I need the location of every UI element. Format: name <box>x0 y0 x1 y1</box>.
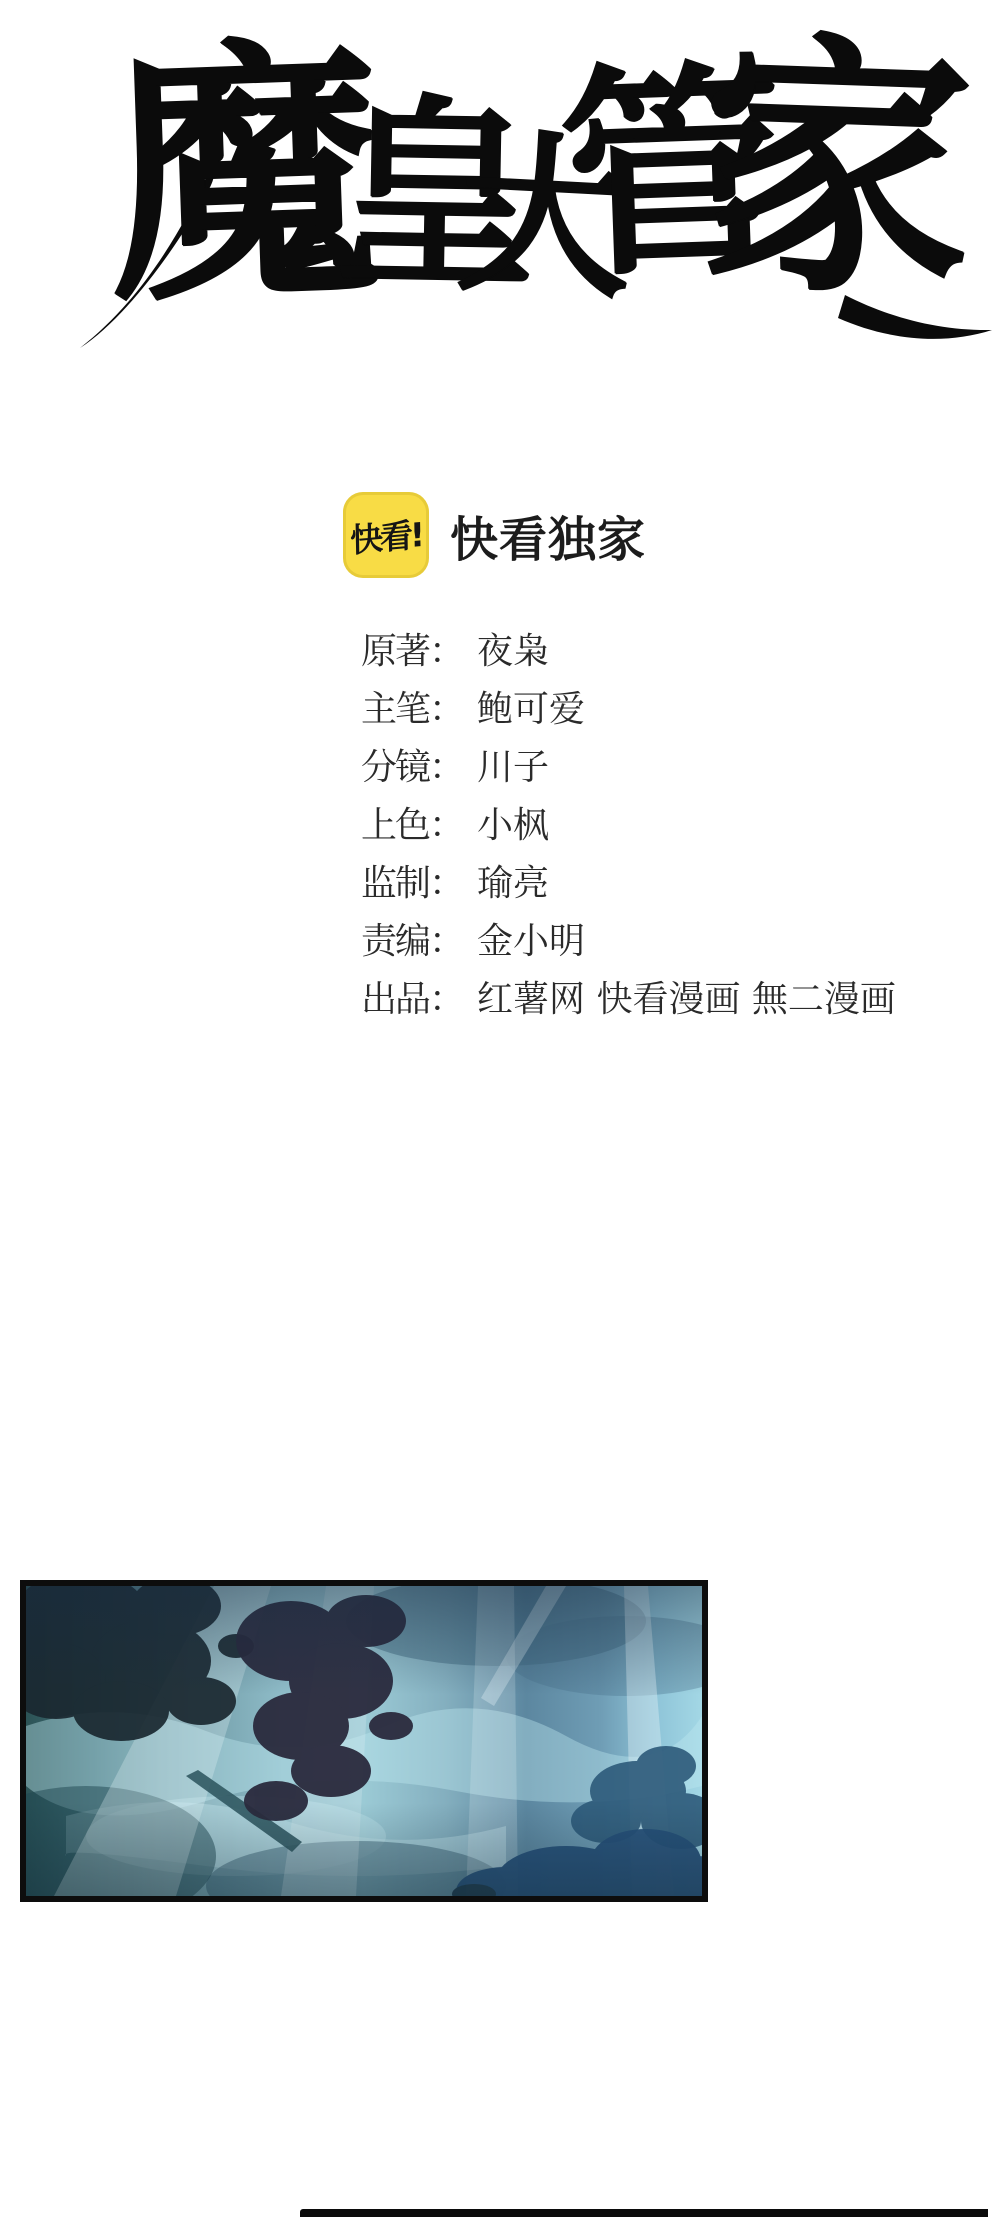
series-title: 魔 皇 大 管 家 <box>0 0 1000 400</box>
credit-row-coloring: 上色： 小枫 <box>361 793 896 851</box>
publisher-row: 快看! 快看独家 <box>343 492 646 578</box>
credit-row-supervisor: 监制： 瑜亮 <box>361 851 896 909</box>
credit-row-lead-artist: 主笔： 鲍可爱 <box>361 677 896 735</box>
kuaikan-logo-text: 快看! <box>350 508 423 561</box>
bottom-shade-overlay <box>26 1586 702 1896</box>
credit-value: 金小明 <box>477 913 585 964</box>
kuaikan-logo-badge: 快看! <box>343 492 429 578</box>
credit-row-original-author: 原著： 夜枭 <box>361 619 896 677</box>
credit-label: 分镜： <box>361 739 463 790</box>
credit-label: 出品： <box>361 971 463 1022</box>
credits-block: 原著： 夜枭 主笔： 鲍可爱 分镜： 川子 上色： 小枫 监制： 瑜亮 责编： … <box>361 619 896 1025</box>
credit-label: 上色： <box>361 797 463 848</box>
credit-value: 瑜亮 <box>477 855 549 906</box>
credit-value: 红薯网 快看漫画 無二漫画 <box>477 971 896 1022</box>
forest-panel-illustration <box>26 1586 702 1896</box>
credit-label: 原著： <box>361 623 463 674</box>
credit-value: 夜枭 <box>477 623 549 674</box>
credit-row-storyboard: 分镜： 川子 <box>361 735 896 793</box>
credit-value: 鲍可爱 <box>477 681 585 732</box>
next-panel-top-edge <box>300 2209 988 2217</box>
credit-value: 川子 <box>477 739 549 790</box>
credit-row-editor: 责编： 金小明 <box>361 909 896 967</box>
credit-value: 小枫 <box>477 797 549 848</box>
exclusive-label: 快看独家 <box>450 501 646 570</box>
credit-label: 主笔： <box>361 681 463 732</box>
comic-panel <box>20 1580 708 1902</box>
credit-row-production: 出品： 红薯网 快看漫画 無二漫画 <box>361 967 896 1025</box>
title-char: 家 <box>695 29 976 310</box>
credit-label: 监制： <box>361 855 463 906</box>
credit-label: 责编： <box>361 913 463 964</box>
